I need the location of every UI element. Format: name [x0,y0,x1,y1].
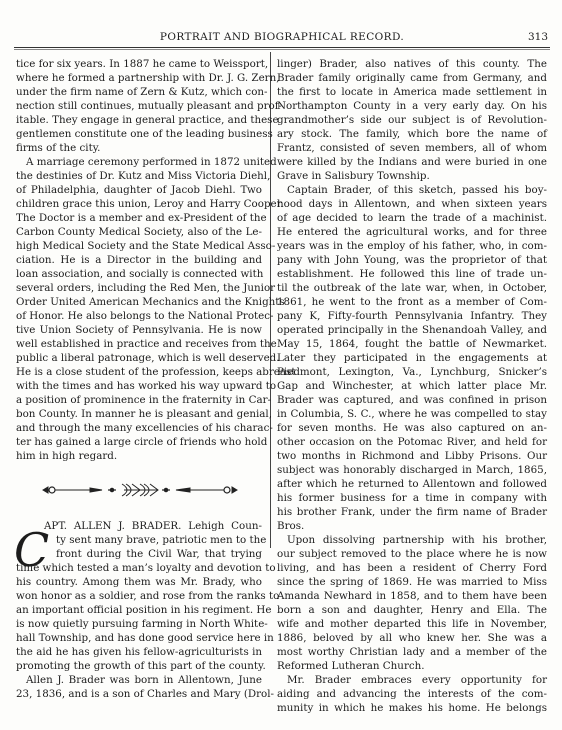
text-line: of age decided to learn the trade of a m… [277,211,547,225]
text-line: bon County. In manner he is pleasant and… [16,407,262,421]
text-line: were killed by the Indians and were buri… [277,155,547,169]
text-line: hood days in Allentown, and when sixteen… [277,197,547,211]
ornamental-divider [40,480,240,500]
text-line: Piedmont, Lexington, Va., Lynchburg, Sni… [277,365,547,379]
text-line: in Columbia, S. C., where he was compell… [277,407,547,421]
text-line: born a son and daughter, Henry and Ella.… [277,603,547,617]
running-header: PORTRAIT AND BIOGRAPHICAL RECORD. 313 [16,29,548,45]
text-line: pany with John Young, was the proprietor… [277,253,547,267]
text-line: tive Union Society of Pennsylvania. He i… [16,323,262,337]
text-line: the first to locate in America made sett… [277,85,547,99]
text-line: ter has gained a large circle of friends… [16,435,262,449]
text-line: is now quietly pursuing farming in North… [16,617,262,631]
page-number: 313 [528,31,548,43]
text-line: him in high regard. [16,449,262,463]
text-line: Carbon County Medical Society, also of t… [16,225,262,239]
text-line: 1886, beloved by all who knew her. She w… [277,631,547,645]
text-line: Upon dissolving partnership with his bro… [277,533,547,547]
section-lines: time which tested a man’s loyalty and de… [16,561,262,673]
text-line: ciation. He is a Director in the buildin… [16,253,262,267]
running-title: PORTRAIT AND BIOGRAPHICAL RECORD. [16,31,548,43]
paragraph-brader-family: linger) Brader, also natives of this cou… [277,57,547,183]
drop-cap-letter: C [14,528,54,572]
text-line: where he formed a partnership with Dr. J… [16,71,262,85]
text-line: loan association, and socially is connec… [16,267,262,281]
text-line: his country. Among them was Mr. Brady, w… [16,575,262,589]
text-line: several orders, including the Red Men, t… [16,281,262,295]
text-line: high Medical Society and the State Medic… [16,239,262,253]
text-line: Later they participated in the engagemen… [277,351,547,365]
text-line: Frantz, consisted of seven members, all … [277,141,547,155]
text-line: ary stock. The family, which bore the na… [277,127,547,141]
text-line: won honor as a soldier, and rose from th… [16,589,262,603]
text-line: public a liberal patronage, which is wel… [16,351,262,365]
text-line: gentlemen constitute one of the leading … [16,127,262,141]
text-line: Gap and Winchester, at which latter plac… [277,379,547,393]
text-line: the destinies of Dr. Kutz and Miss Victo… [16,169,262,183]
text-line: Grave in Salisbury Township. [277,169,547,183]
text-line: for seven months. He was also captured o… [277,421,547,435]
paragraph-kutz-practice: tice for six years. In 1887 he came to W… [16,57,262,155]
paragraph-brader-community: Mr. Brader embraces every opportunity fo… [277,673,547,715]
text-line: a position of prominence in the fraterni… [16,393,262,407]
paragraph-brader-military: Captain Brader, of this sketch, passed h… [277,183,547,533]
text-line: itable. They engage in general practice,… [16,113,262,127]
text-line: our subject removed to the place where h… [277,547,547,561]
text-line: hall Township, and has done good service… [16,631,262,645]
text-line: Captain Brader, of this sketch, passed h… [277,183,547,197]
text-line: May 15, 1864, fought the battle of Newma… [277,337,547,351]
right-column: linger) Brader, also natives of this cou… [277,57,547,715]
header-rule [14,47,550,48]
text-line: since the spring of 1869. He was married… [277,575,547,589]
text-line: The Doctor is a member and ex-President … [16,211,262,225]
text-line: of Honor. He also belongs to the Nationa… [16,309,262,323]
text-line: wife and mother departed this life in No… [277,617,547,631]
text-line: his former business for a time in compan… [277,491,547,505]
header-rule-secondary [14,49,550,50]
text-line: Amanda Newhard in 1858, and to them have… [277,589,547,603]
text-line: subject was honorably discharged in Marc… [277,463,547,477]
text-line: establishment. He followed this line of … [277,267,547,281]
text-line: under the firm name of Zern & Kutz, whic… [16,85,262,99]
text-line: Brader was captured, and was confined in… [277,393,547,407]
paragraph-kutz-marriage: A marriage ceremony performed in 1872 un… [16,155,262,463]
text-line: 23, 1836, and is a son of Charles and Ma… [16,687,262,701]
text-line: Brader family originally came from Germa… [277,71,547,85]
text-line: munity in which he makes his home. He be… [277,701,547,715]
text-line: with the times and has worked his way up… [16,379,262,393]
text-line: two months in Richmond and Libby Prisons… [277,449,547,463]
text-line: operated principally in the Shenandoah V… [277,323,547,337]
text-line: years was in the employ of his father, w… [277,239,547,253]
text-line: A marriage ceremony performed in 1872 un… [16,155,262,169]
text-line: He entered the agricultural works, and f… [277,225,547,239]
text-line: grandmother’s side our subject is of Rev… [277,113,547,127]
text-line: living, and has been a resident of Cherr… [277,561,547,575]
text-line: Mr. Brader embraces every opportunity fo… [277,673,547,687]
text-line: aiding and advancing the interests of th… [277,687,547,701]
left-column: tice for six years. In 1887 he came to W… [16,57,262,701]
text-line: the aid he has given his fellow-agricult… [16,645,262,659]
text-line: firms of the city. [16,141,262,155]
paragraph-brader-marriage: Upon dissolving partnership with his bro… [277,533,547,673]
text-line: nection still continues, mutually pleasa… [16,99,262,113]
text-line: Bros. [277,519,547,533]
text-line: linger) Brader, also natives of this cou… [277,57,547,71]
text-line: Allen J. Brader was born in Allentown, J… [16,673,262,687]
text-line: Order United American Mechanics and the … [16,295,262,309]
text-line: and through the many excellencies of his… [16,421,262,435]
text-line: his brother Frank, under the firm name o… [277,505,547,519]
text-line: after which he returned to Allentown and… [277,477,547,491]
text-line: pany K, Fifty-fourth Pennsylvania Infant… [277,309,547,323]
text-line: other occasion on the Potomac River, and… [277,435,547,449]
text-line: 1861, he went to the front as a member o… [277,295,547,309]
text-line: most worthy Christian lady and a member … [277,645,547,659]
text-line: He is a close student of the profession,… [16,365,262,379]
text-line: of Philadelphia, daughter of Jacob Diehl… [16,183,262,197]
paragraph-brader-birth: Allen J. Brader was born in Allentown, J… [16,673,262,701]
text-line: an important official position in his re… [16,603,262,617]
text-line: promoting the growth of this part of the… [16,659,262,673]
text-line: well established in practice and receive… [16,337,262,351]
text-line: children grace this union, Leroy and Har… [16,197,262,211]
text-line: Northampton County in a very early day. … [277,99,547,113]
flourish-icon [40,480,240,500]
text-line: Reformed Lutheran Church. [277,659,547,673]
text-line: tice for six years. In 1887 he came to W… [16,57,262,71]
text-line: til the outbreak of the late war, when, … [277,281,547,295]
